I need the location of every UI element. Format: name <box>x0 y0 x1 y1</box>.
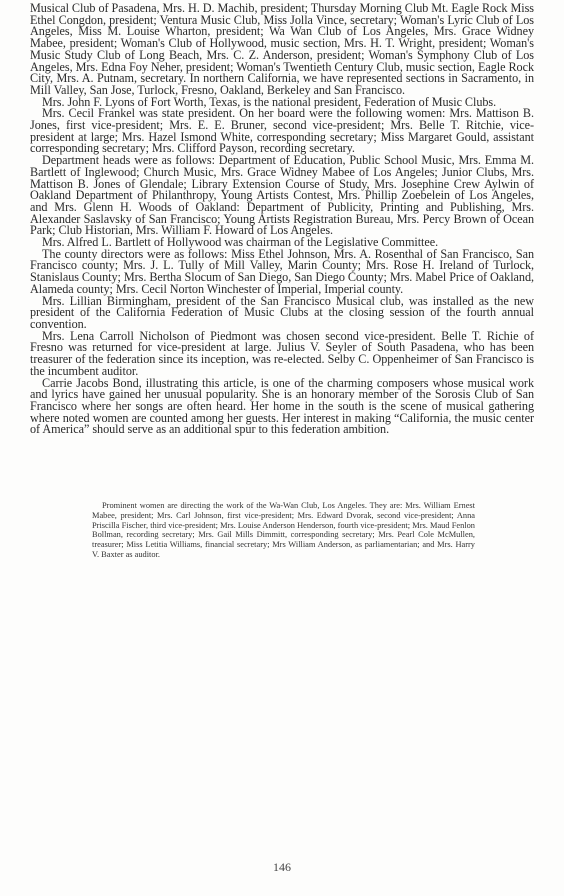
paragraph-club-list: Musical Club of Pasadena, Mrs. H. D. Mac… <box>30 3 534 97</box>
paragraph-officers-elected: Mrs. Lena Carroll Nicholson of Piedmont … <box>30 331 534 378</box>
paragraph-new-president: Mrs. Lillian Birmingham, president of th… <box>30 296 534 331</box>
caption-text: Prominent women are directing the work o… <box>92 501 475 560</box>
document-page: Musical Club of Pasadena, Mrs. H. D. Mac… <box>0 0 564 896</box>
paragraph-department-heads: Department heads were as follows: Depart… <box>30 155 534 237</box>
paragraph-carrie-jacobs-bond: Carrie Jacobs Bond, illustrating this ar… <box>30 378 534 437</box>
article-body: Musical Club of Pasadena, Mrs. H. D. Mac… <box>30 3 534 436</box>
page-number: 146 <box>0 860 564 875</box>
paragraph-county-directors: The county directors were as follows: Mi… <box>30 249 534 296</box>
paragraph-state-board: Mrs. Cecil Frankel was state president. … <box>30 108 534 155</box>
photo-caption: Prominent women are directing the work o… <box>92 501 475 560</box>
